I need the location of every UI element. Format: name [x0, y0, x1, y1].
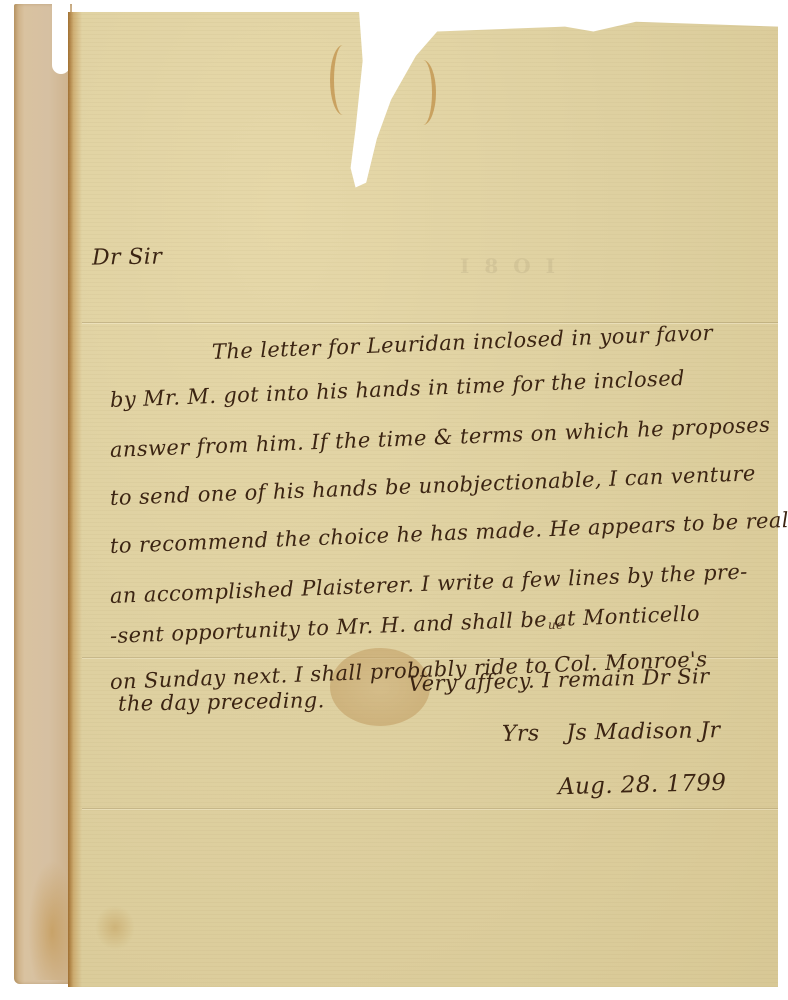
body-line: the day preceding. [118, 688, 325, 716]
signature-line: Yrs Js Madison Jr [502, 718, 721, 747]
water-stain [95, 905, 135, 950]
fold-line [82, 808, 778, 809]
salutation: Dr Sir [92, 244, 163, 270]
letter-date: Aug. 28. 1799 [558, 770, 727, 800]
letter-photo: I 8 O I Dr Sir The letter for Leuridan i… [0, 0, 788, 1000]
hinge-strip [14, 4, 72, 984]
tear-stain-left [330, 45, 356, 115]
signature-prefix: Yrs [502, 721, 540, 747]
paper-watermark: I 8 O I [460, 254, 559, 278]
signature: Js Madison Jr [566, 718, 721, 746]
edge-stain [68, 12, 82, 987]
tear-stain-right [410, 60, 436, 125]
interlinear-insertion: ue [548, 618, 564, 632]
water-stain [28, 860, 68, 980]
